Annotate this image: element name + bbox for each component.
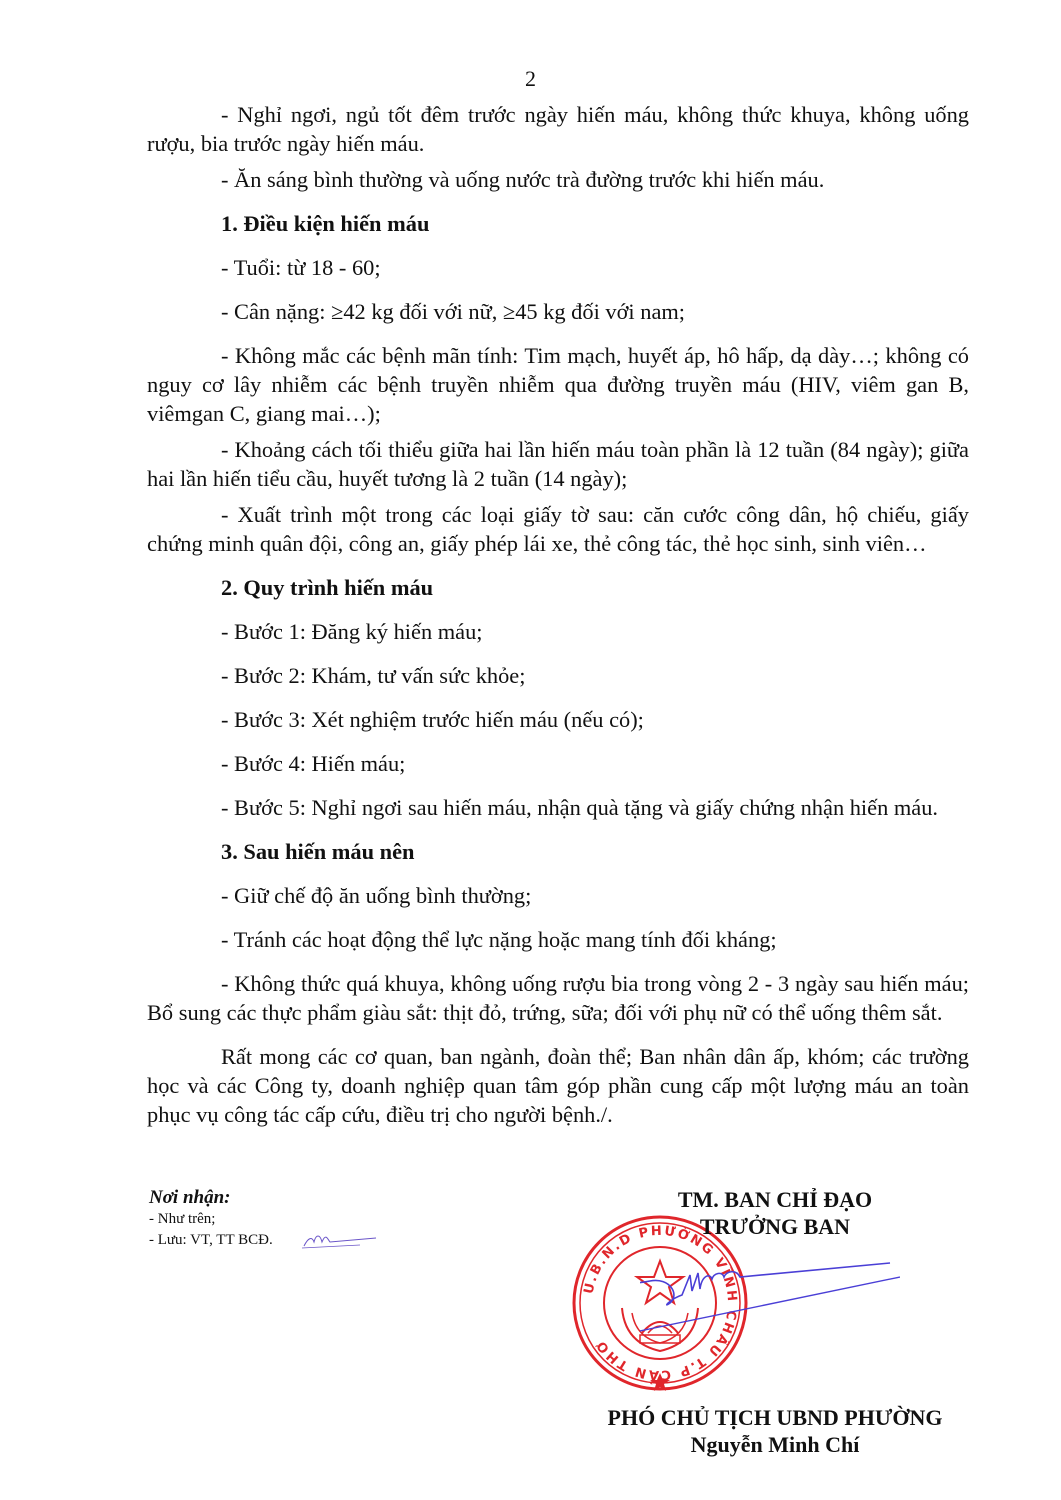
condition-weight: - Cân nặng: ≥42 kg đối với nữ, ≥45 kg đố… [147, 297, 969, 326]
signature-block: TM. BAN CHỈ ĐẠO TRƯỞNG BAN [580, 1186, 970, 1240]
signer-title: PHÓ CHỦ TỊCH UBND PHƯỜNG [580, 1404, 970, 1431]
after-item-3: - Không thức quá khuya, không uống rượu … [147, 969, 969, 1027]
condition-interval: - Khoảng cách tối thiểu giữa hai lần hiế… [147, 435, 969, 493]
section-heading-after: 3. Sau hiến máu nên [221, 837, 969, 866]
recipients-block: Nơi nhận: - Như trên; - Lưu: VT, TT BCĐ. [149, 1187, 273, 1251]
recipients-label: Nơi nhận: [149, 1187, 273, 1209]
page-number: 2 [0, 66, 1061, 92]
process-step-5: - Bước 5: Nghỉ ngơi sau hiến máu, nhận q… [147, 793, 969, 822]
process-step-2: - Bước 2: Khám, tư vấn sức khỏe; [147, 661, 969, 690]
intro-paragraph-1: - Nghỉ ngơi, ngủ tốt đêm trước ngày hiến… [147, 100, 969, 158]
signature-org-line: TM. BAN CHỈ ĐẠO [580, 1186, 970, 1213]
section-heading-conditions: 1. Điều kiện hiến máu [221, 209, 969, 238]
section-heading-process: 2. Quy trình hiến máu [221, 573, 969, 602]
after-item-1: - Giữ chế độ ăn uống bình thường; [147, 881, 969, 910]
condition-health: - Không mắc các bệnh mãn tính: Tim mạch,… [147, 341, 969, 428]
after-item-2: - Tránh các hoạt động thể lực nặng hoặc … [147, 925, 969, 954]
condition-age: - Tuổi: từ 18 - 60; [147, 253, 969, 282]
closing-paragraph: Rất mong các cơ quan, ban ngành, đoàn th… [147, 1042, 969, 1129]
recipient-item: - Như trên; [149, 1209, 273, 1230]
signature-role-line: TRƯỞNG BAN [580, 1213, 970, 1240]
signer-block: PHÓ CHỦ TỊCH UBND PHƯỜNG Nguyễn Minh Chí [580, 1404, 970, 1458]
signer-name: Nguyễn Minh Chí [580, 1431, 970, 1458]
intro-paragraph-2: - Ăn sáng bình thường và uống nước trà đ… [147, 165, 969, 194]
condition-documents: - Xuất trình một trong các loại giấy tờ … [147, 500, 969, 558]
process-step-3: - Bước 3: Xét nghiệm trước hiến máu (nếu… [147, 705, 969, 734]
handwritten-signature-icon [640, 1255, 900, 1335]
process-step-1: - Bước 1: Đăng ký hiến máu; [147, 617, 969, 646]
recipient-item: - Lưu: VT, TT BCĐ. [149, 1230, 273, 1251]
document-body: - Nghỉ ngơi, ngủ tốt đêm trước ngày hiến… [147, 100, 969, 1136]
process-step-4: - Bước 4: Hiến máu; [147, 749, 969, 778]
initials-signature-icon [300, 1228, 380, 1252]
